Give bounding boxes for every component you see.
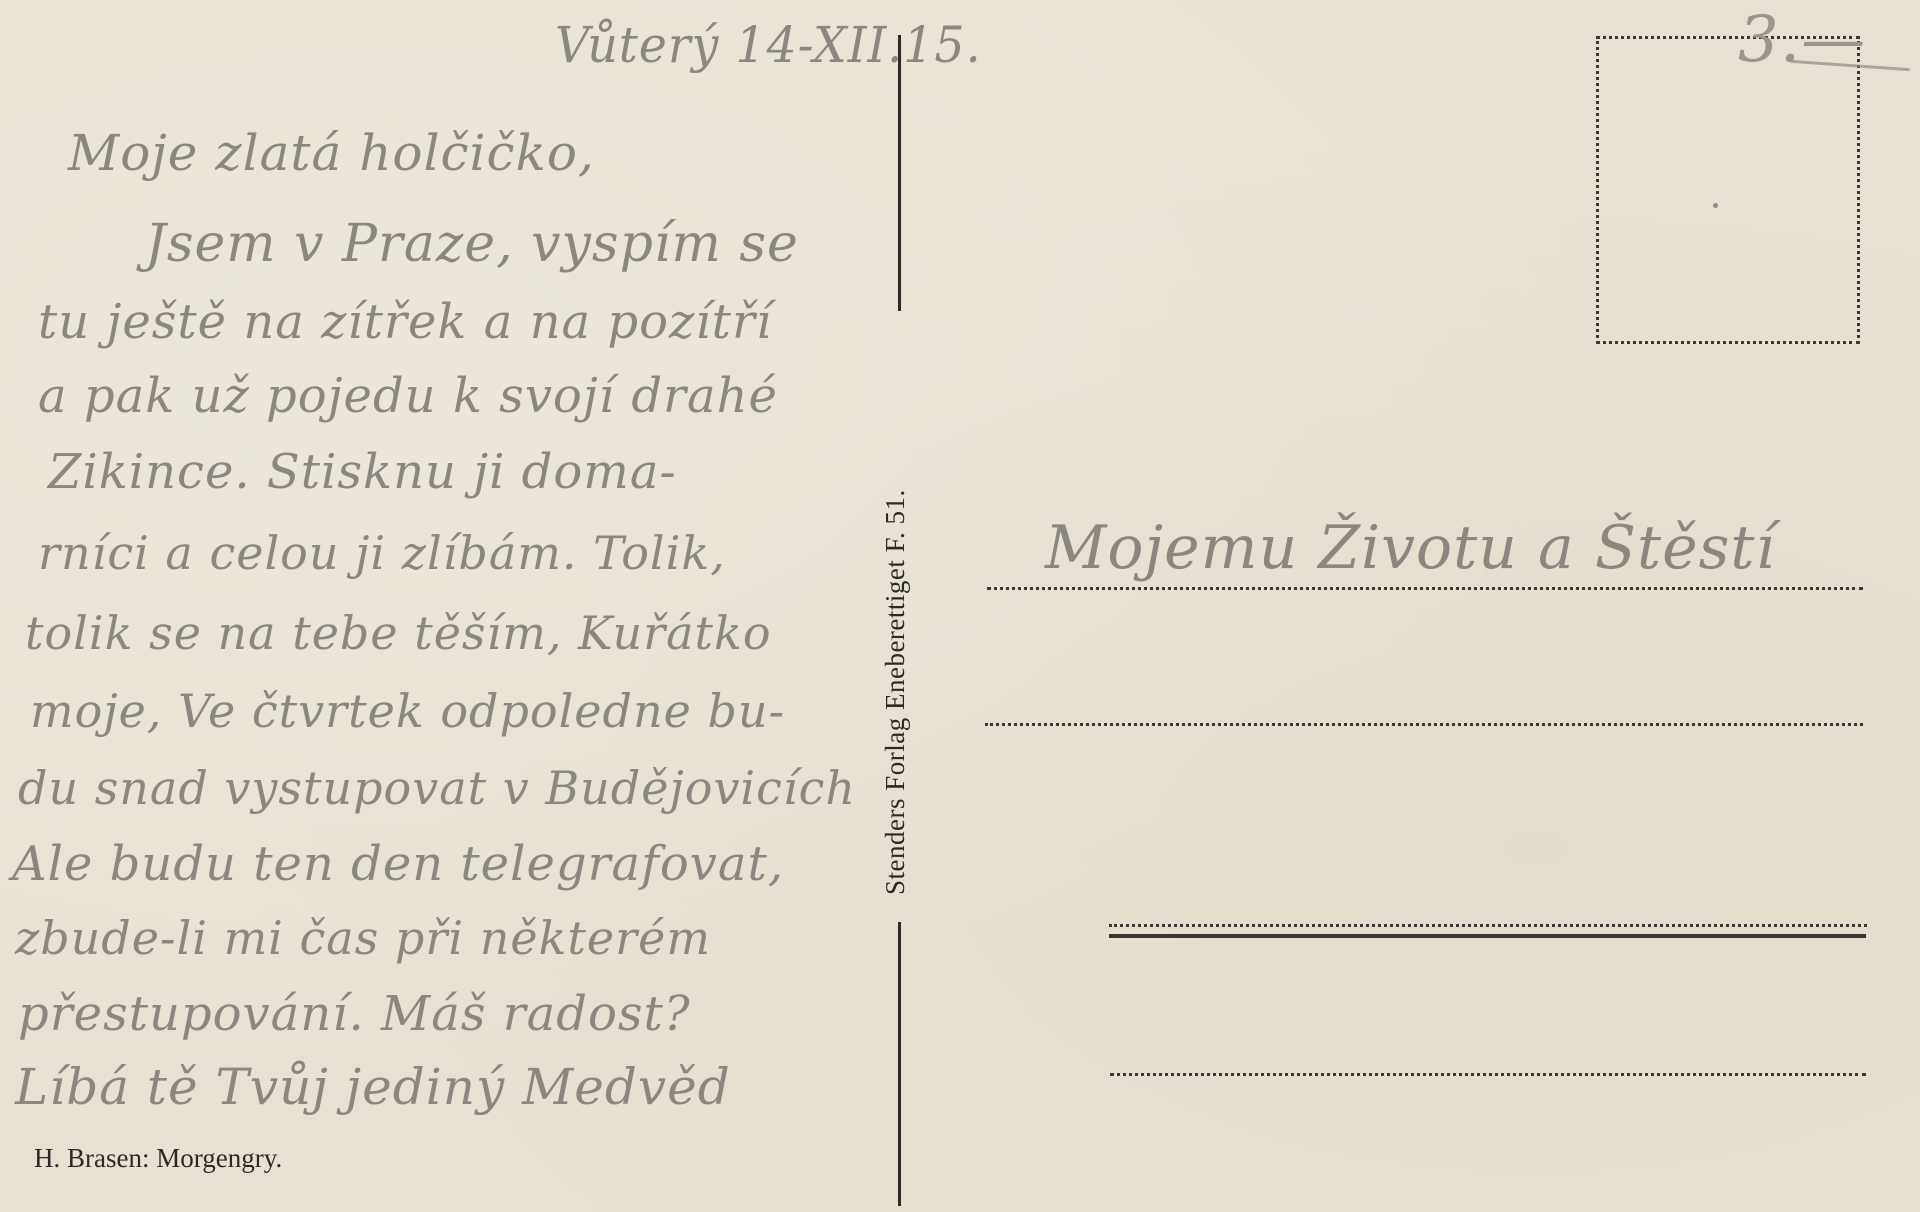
message-line: moje, Ve čtvrtek odpoledne bu- [30,688,785,734]
message-line: tolik se na tebe těším, Kuřátko [25,610,772,656]
address-line-2 [985,723,1863,726]
pencil-dot [1713,203,1718,208]
address-line-1 [987,587,1863,590]
message-line: Jsem v Praze, vyspím se [145,218,799,270]
dateline: Vůterý 14-XII.15. [555,20,982,70]
message-line: a pak už pojedu k svojí drahé [38,372,778,420]
address-line-3 [1109,924,1867,927]
stamp-box [1596,36,1860,344]
publisher-imprint: Stenders Forlag Eneberettiget F. 51. [880,489,911,895]
address-line-1-text: Mojemu Životu a Štěstí [1045,518,1776,578]
message-line: zbude-li mi čas při některém [15,915,711,961]
message-line: Zikince. Stisknu ji doma- [48,448,677,496]
address-line-4 [1110,1073,1866,1076]
message-line: Ale budu ten den telegrafovat, [12,840,784,888]
message-line: rníci a celou ji zlíbám. Tolik, [38,530,726,576]
divider-line-top [898,35,901,311]
signature-line: Líbá tě Tvůj jediný Medvěd [15,1062,731,1112]
greeting: Moje zlatá holčičko, [68,128,595,178]
divider-line-bottom [898,922,901,1206]
message-line: tu ještě na zítřek a na pozítří [38,298,772,346]
message-line: du snad vystupovat v Budějovicích [18,765,856,811]
message-line: přestupování. Máš radost? [18,990,691,1038]
address-underline [1109,934,1866,938]
artwork-caption: H. Brasen: Morgengry. [34,1143,282,1174]
